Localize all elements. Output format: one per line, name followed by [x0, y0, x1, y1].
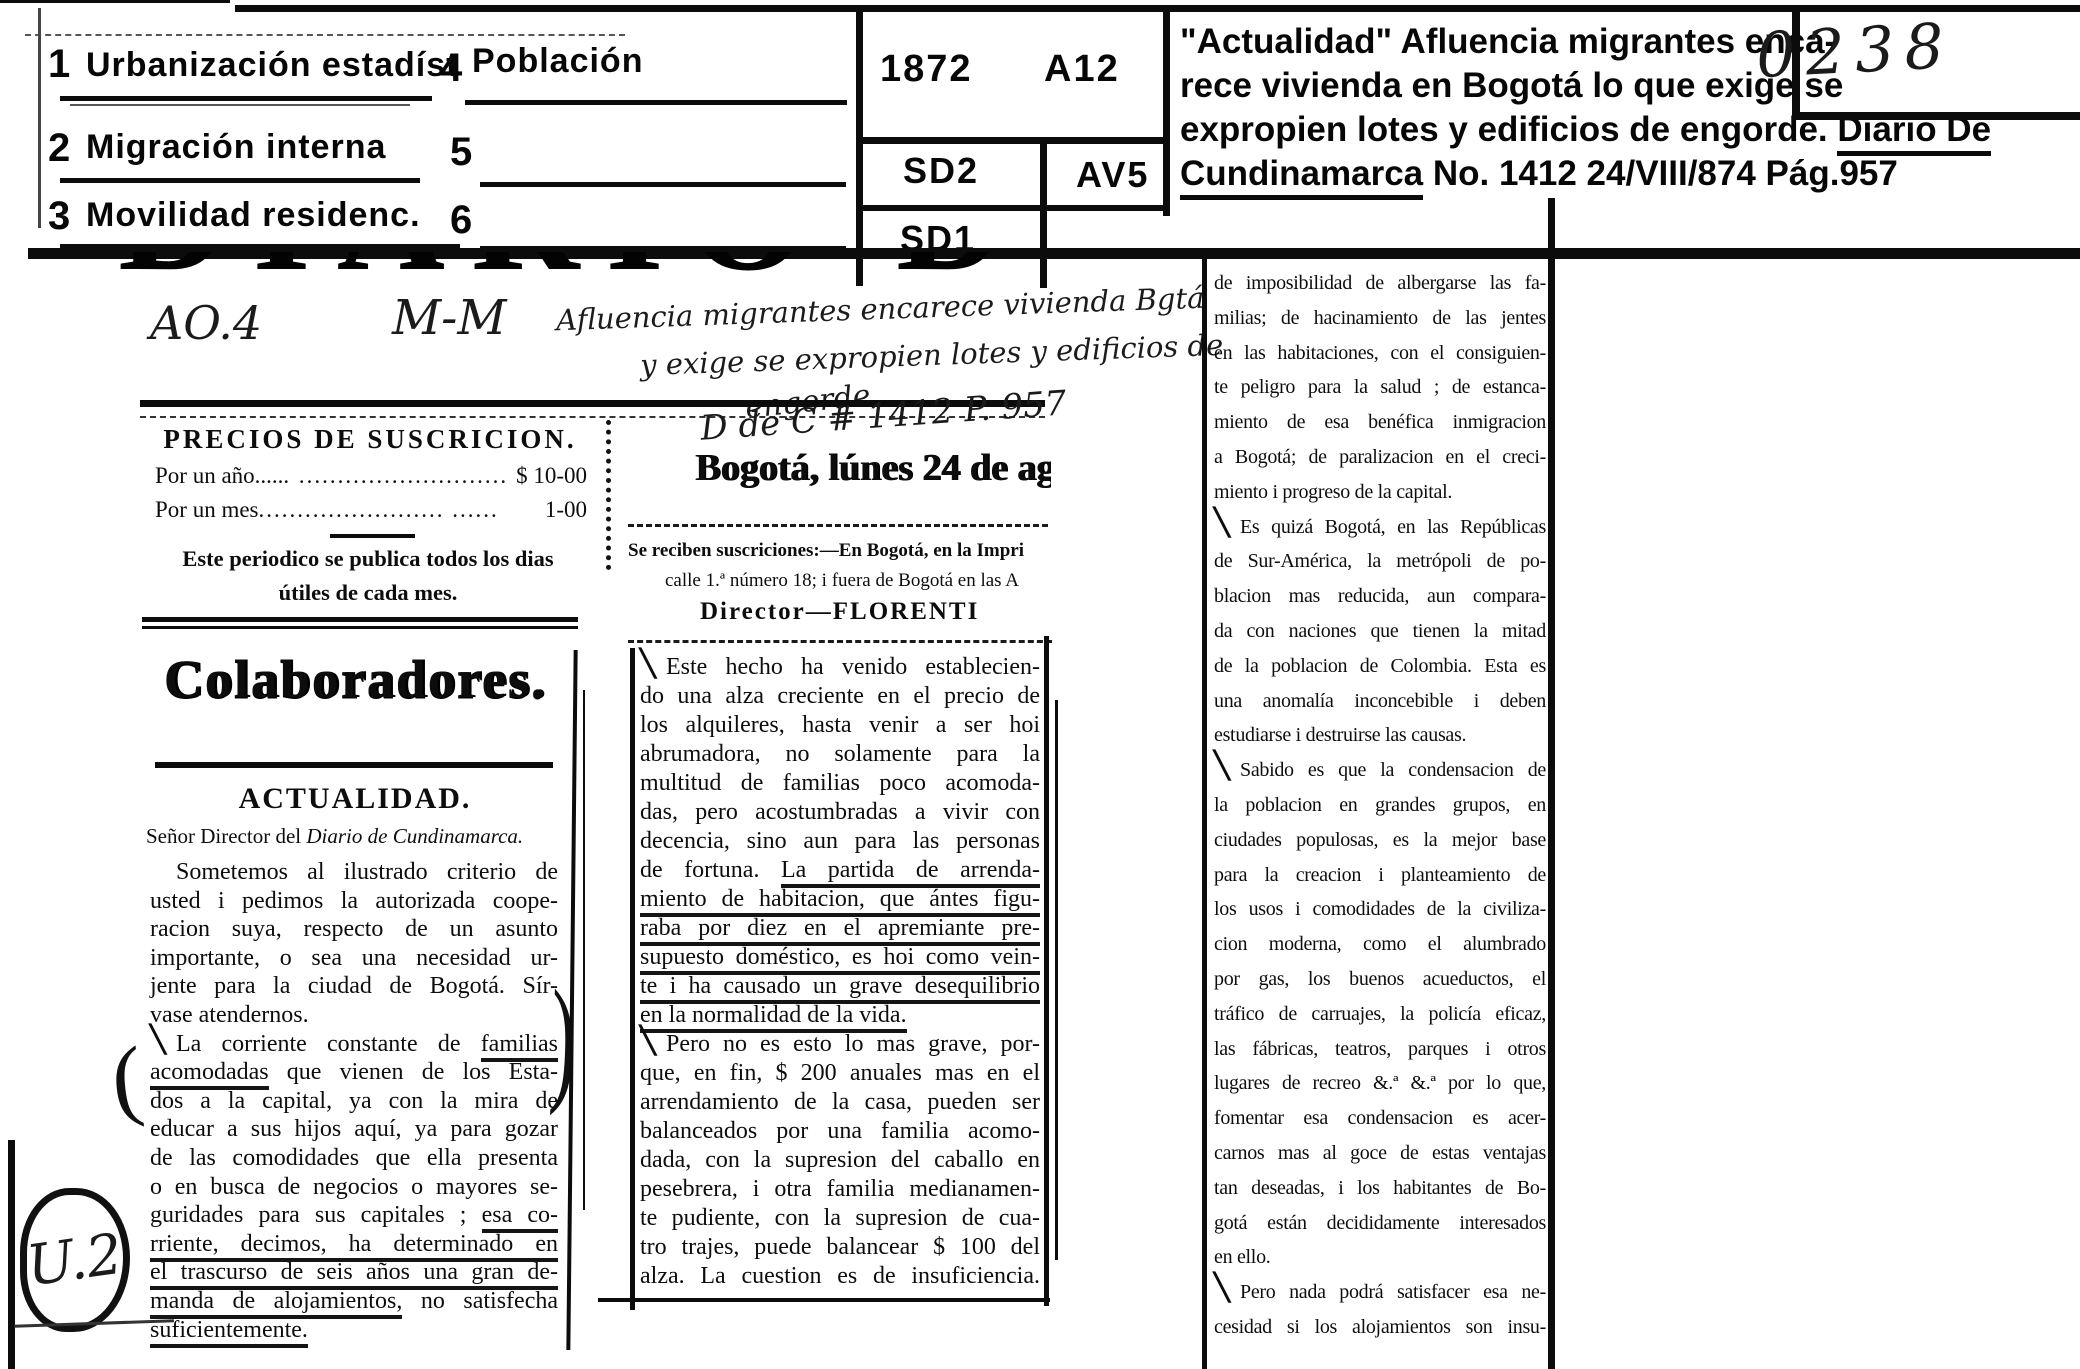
price-dots-year: . ........................... — [283, 463, 516, 489]
text-segment: educar a sus hijos aquí, ya para gozar — [150, 1116, 558, 1142]
corner-box-bottom-border — [1792, 112, 2080, 120]
clipping-bottom-edge — [598, 1298, 1050, 1302]
column-3-right-border — [1548, 198, 1555, 1369]
text-line: ╲Pero nada podrá satisfacer esa ne- — [1214, 1275, 1546, 1310]
text-line: en las habitaciones, con el consiguien- — [1214, 336, 1546, 371]
pen-paragraph-mark: ╲ — [1188, 749, 1229, 784]
text-line: educar a sus hijos aquí, ya para gozar — [150, 1115, 558, 1144]
column-2-left-border — [630, 648, 635, 1310]
column-divider-2-print — [1044, 636, 1049, 1306]
text-segment: los alquileres, hasta venir a ser hoi — [640, 712, 1040, 738]
text-line: los alquileres, hasta venir a ser hoi — [640, 711, 1040, 740]
text-line: arrendamiento de la casa, pueden ser — [640, 1088, 1040, 1117]
text-segment: tráfico de carruajes, la policía eficaz, — [1214, 1003, 1546, 1025]
text-line: decencia, sino aun para las personas — [640, 827, 1040, 856]
subscriptions-line-1: Se reciben suscriciones:—En Bogotá, en l… — [628, 540, 1050, 562]
price-dots-month: ........................ ...... — [259, 497, 545, 523]
text-line: que, en fin, $ 200 anuales mas en el — [640, 1059, 1040, 1088]
text-segment: los usos i comodidades de la civiliza- — [1214, 898, 1546, 920]
text-segment: balanceados por una familia acomo- — [640, 1118, 1040, 1144]
text-line: los usos i comodidades de la civiliza- — [1214, 892, 1546, 927]
text-segment: te peligro para la salud ; de estanca- — [1214, 376, 1546, 398]
scanned-archive-page: 1 Urbanización estadíst 4 Población 2 Mi… — [0, 0, 2080, 1369]
prices-bottom-rule-1 — [142, 617, 578, 622]
code-box-right-border — [1163, 8, 1170, 216]
code-box-row-divider-2 — [856, 205, 1170, 211]
text-segment: que vienen de los Esta- — [269, 1059, 558, 1085]
dateline: Bogotá, lúnes 24 de ago — [695, 446, 1051, 490]
text-segment: miento i progreso de la capital. — [1214, 481, 1452, 503]
form-field-1-label: Urbanización estadíst — [86, 46, 458, 85]
form-field-4-number: 4 — [440, 46, 462, 91]
form-field-1-underline — [60, 96, 432, 101]
text-line: multitud de familias poco acomoda- — [640, 769, 1040, 798]
underlined-text-segment: esa co- — [482, 1202, 558, 1233]
masthead-dotted-divider — [606, 420, 611, 570]
text-segment: jente para la ciudad de Bogotá. Sír- — [150, 973, 558, 999]
salutation-publication: Diario de Cundinamarca. — [306, 824, 523, 848]
text-line: manda de alojamientos, no satisfecha — [150, 1287, 558, 1316]
text-line: pesebrera, i otra familia medianamen- — [640, 1175, 1040, 1204]
masthead-big-letters: DIARIO D — [118, 252, 1058, 294]
pen-paragraph-mark: ╲ — [1188, 506, 1229, 541]
text-line: tro trajes, puede balancear $ 100 del — [640, 1233, 1040, 1262]
text-line: o en busca de negocios o mayores se- — [150, 1173, 558, 1202]
text-line: supuesto doméstico, es hoi como vein- — [640, 943, 1040, 972]
text-segment: da con naciones que tienen la mitad — [1214, 620, 1546, 642]
text-segment: por gas, los buenos acueductos, el — [1214, 968, 1546, 990]
text-segment: cesidad si los alojamientos son insu- — [1214, 1316, 1546, 1338]
underlined-text-segment: La partida de arrenda- — [781, 857, 1040, 888]
code-box-row-divider-1 — [856, 137, 1170, 144]
text-line: rriente, decimos, ha determinado en — [150, 1230, 558, 1259]
underlined-text-segment: familias — [481, 1031, 558, 1062]
text-segment: no satisfecha — [402, 1288, 558, 1314]
text-line: carnos mas al goce de estas ventajas — [1214, 1136, 1546, 1171]
text-line: raba por diez en el apremiante pre- — [640, 914, 1040, 943]
text-line: lugares de recreo &.ª &.ª por lo que, — [1214, 1066, 1546, 1101]
text-segment: vase atendernos. — [150, 1002, 309, 1028]
underlined-text-segment: manda de alojamientos, — [150, 1288, 402, 1319]
text-segment: una anomalía inconcebible i deben — [1214, 690, 1546, 712]
text-segment: estudiarse i destruirse las causas. — [1214, 724, 1466, 746]
text-line: jente para la ciudad de Bogotá. Sír- — [150, 972, 558, 1001]
article-column-3: de imposibilidad de albergarse las fa-mi… — [1214, 266, 1546, 1345]
text-line: la poblacion en grandes grupos, en — [1214, 788, 1546, 823]
text-line: racion suya, respecto de un asunto — [150, 915, 558, 944]
text-segment: de la poblacion de Colombia. Esta es — [1214, 655, 1546, 677]
text-line: cesidad si los alojamientos son insu- — [1214, 1310, 1546, 1345]
text-line: tan deseadas, i los habitantes de Bo- — [1214, 1171, 1546, 1206]
text-line: dos a la capital, ya con la mira de — [150, 1087, 558, 1116]
text-segment: blacion mas reducida, aun compara- — [1214, 585, 1546, 607]
text-line: da con naciones que tienen la mitad — [1214, 614, 1546, 649]
underlined-text-segment: raba por diez en el apremiante pre- — [640, 915, 1040, 946]
text-line: miento de habitacion, que ántes figu- — [640, 885, 1040, 914]
text-segment: expropien lotes y edificios de engorde. — [1180, 110, 1837, 149]
text-segment: cion moderna, como el alumbrado — [1214, 933, 1546, 955]
column-divider-1-print — [583, 690, 585, 1210]
text-line: tráfico de carruajes, la policía eficaz, — [1214, 997, 1546, 1032]
text-line: de fortuna. La partida de arrenda- — [640, 856, 1040, 885]
underlined-text-segment: te i ha causado un grave desequilibrio — [640, 973, 1040, 1004]
text-segment: miento de esa benéfica inmigracion — [1214, 411, 1546, 433]
text-line: estudiarse i destruirse las causas. — [1214, 718, 1546, 753]
text-segment: La corriente constante de — [176, 1031, 481, 1057]
circled-code-text: U.2 — [23, 1221, 127, 1299]
code-box-left-border — [856, 10, 863, 286]
text-segment: que, en fin, $ 200 anuales mas en el — [640, 1060, 1040, 1086]
underlined-text-segment: miento de habitacion, que ántes figu- — [640, 886, 1040, 917]
text-segment: para la creacion i planteamiento de — [1214, 864, 1546, 886]
text-segment: alza. La cuestion es de insuficiencia. — [640, 1263, 1040, 1289]
director-line: Director—FLORENTI — [700, 598, 979, 626]
text-line: balanceados por una familia acomo- — [640, 1117, 1040, 1146]
collaborators-title: Colaboradores. — [150, 648, 560, 710]
text-segment: racion suya, respecto de un asunto — [150, 916, 558, 942]
text-segment: las fábricas, teatros, parques i otros — [1214, 1038, 1546, 1060]
text-line: importante, o sea una necesidad ur- — [150, 944, 558, 973]
text-line: en la normalidad de la vida. — [640, 1001, 1040, 1030]
code-sd2: SD2 — [903, 150, 979, 192]
text-line: para la creacion i planteamiento de — [1214, 858, 1546, 893]
text-segment: Pero no es esto lo mas grave, por- — [666, 1031, 1040, 1057]
code-topic: A12 — [1044, 48, 1120, 91]
underlined-text-segment: acomodadas — [150, 1059, 269, 1090]
text-segment: das, pero acostumbradas a vivir con — [640, 799, 1040, 825]
prices-divider — [330, 534, 415, 538]
article-column-1: Sometemos al ilustrado criterio deusted … — [150, 858, 558, 1344]
pen-bracket-right-mark: ) — [547, 959, 579, 1123]
text-line: dada, con la supresion del caballo en — [640, 1146, 1040, 1175]
form-field-3-number: 3 — [48, 194, 70, 239]
price-value-year: $ 10-00 — [516, 463, 587, 489]
text-segment: Sabido es que la condensacion de — [1240, 759, 1546, 781]
text-line: blacion mas reducida, aun compara- — [1214, 579, 1546, 614]
page-top-edge-left — [0, 0, 230, 3]
text-segment: de fortuna. — [640, 857, 781, 883]
text-segment: multitud de familias poco acomoda- — [640, 770, 1040, 796]
price-row-year: Por un año..... . ......................… — [155, 463, 587, 489]
text-segment: de las comodidades que ella presenta — [150, 1145, 558, 1171]
prices-bottom-rule-2 — [142, 626, 578, 629]
text-line: a Bogotá; de paralizacion en el creci- — [1214, 440, 1546, 475]
text-segment: tan deseadas, i los habitantes de Bo- — [1214, 1177, 1546, 1199]
text-segment: la poblacion en grandes grupos, en — [1214, 794, 1546, 816]
prices-title: PRECIOS DE SUSCRICION. — [150, 424, 590, 455]
article-column-2: ╲Este hecho ha venido establecien-do una… — [640, 653, 1040, 1291]
form-field-2-label: Migración interna — [86, 128, 386, 167]
text-line: milias; de hacinamiento de las jentes — [1214, 301, 1546, 336]
text-line: cion moderna, como el alumbrado — [1214, 927, 1546, 962]
form-field-1-underline-echo — [70, 104, 410, 106]
text-segment: ciudades populosas, es la mejor base — [1214, 829, 1546, 851]
section-title: ACTUALIDAD. — [150, 782, 560, 816]
text-line: miento de esa benéfica inmigracion — [1214, 405, 1546, 440]
text-segment: Pero nada podrá satisfacer esa ne- — [1240, 1281, 1546, 1303]
form-field-2-number: 2 — [48, 126, 70, 171]
text-line: vase atendernos. — [150, 1001, 558, 1030]
underlined-text-segment: Cundinamarca — [1180, 154, 1423, 200]
text-line: Sometemos al ilustrado criterio de — [150, 858, 558, 887]
corner-handwritten-number: 0238 — [1754, 9, 1955, 92]
text-segment: en ello. — [1214, 1246, 1270, 1268]
price-value-month: 1-00 — [545, 497, 587, 523]
text-segment: lugares de recreo &.ª &.ª por lo que, — [1214, 1072, 1546, 1094]
text-segment: Este hecho ha venido establecien- — [666, 654, 1040, 680]
form-field-3-label: Movilidad residenc. — [86, 196, 421, 235]
salutation-prefix: Señor Director del — [146, 824, 306, 848]
text-line: ╲La corriente constante de familias — [150, 1030, 558, 1059]
text-line: una anomalía inconcebible i deben — [1214, 684, 1546, 719]
text-segment: tro trajes, puede balancear $ 100 del — [640, 1234, 1040, 1260]
price-label-year: Por un año..... — [155, 463, 283, 489]
text-segment: de imposibilidad de albergarse las fa- — [1214, 272, 1546, 294]
code-year: 1872 — [880, 48, 973, 91]
text-segment: guridades para sus capitales ; — [150, 1202, 482, 1228]
text-line: do una alza creciente en el precio de — [640, 682, 1040, 711]
text-line: ╲Pero no es esto lo mas grave, por- — [640, 1030, 1040, 1059]
masthead-dash-rule-1 — [628, 524, 1048, 527]
text-line: ╲Sabido es que la condensacion de — [1214, 753, 1546, 788]
form-field-4-line — [465, 100, 847, 105]
publish-note-line-2: útiles de cada mes. — [148, 580, 588, 606]
text-segment: usted i pedimos la autorizada coope- — [150, 888, 558, 914]
subscriptions-line-2: calle 1.ª número 18; i fuera de Bogotá e… — [665, 570, 1051, 592]
underlined-text-segment: el trascurso de seis años una gran de- — [150, 1259, 558, 1290]
form-field-5-number: 5 — [450, 130, 472, 175]
handwritten-script-line-2: y exige se expropien lotes y edificios d… — [640, 328, 1224, 382]
text-segment: rece vivienda en Bogotá lo que exige se — [1180, 66, 1843, 105]
text-line: miento i progreso de la capital. — [1214, 475, 1546, 510]
text-segment: abrumadora, no solamente para la — [640, 741, 1040, 767]
text-segment: "Actualidad" Afluencia migrantes enca- — [1180, 22, 1836, 61]
underlined-text-segment: en la normalidad de la vida. — [640, 1002, 907, 1033]
collaborators-rule — [155, 762, 553, 768]
form-field-4-label: Población — [472, 42, 643, 81]
text-segment: te pudiente, con la supresion de cua- — [640, 1205, 1040, 1231]
left-margin-line — [38, 8, 41, 228]
text-line: te i ha causado un grave desequilibrio — [640, 972, 1040, 1001]
handwritten-code-left: AO.4 — [150, 296, 262, 350]
text-segment: milias; de hacinamiento de las jentes — [1214, 307, 1546, 329]
text-line: te pudiente, con la supresion de cua- — [640, 1204, 1040, 1233]
text-line: de las comodidades que ella presenta — [150, 1144, 558, 1173]
form-field-6-number: 6 — [450, 198, 472, 243]
text-line: ciudades populosas, es la mejor base — [1214, 823, 1546, 858]
text-segment: de Sur-América, la metrópoli de po- — [1214, 550, 1546, 572]
text-line: abrumadora, no solamente para la — [640, 740, 1040, 769]
underlined-text-segment: supuesto doméstico, es hoi como vein- — [640, 944, 1040, 975]
text-segment: carnos mas al goce de estas ventajas — [1214, 1142, 1546, 1164]
text-segment: fomentar esa condensacion es acer- — [1214, 1107, 1546, 1129]
text-segment: pesebrera, i otra familia medianamen- — [640, 1176, 1040, 1202]
masthead-dash-rule-2 — [628, 640, 1052, 643]
code-av5: AV5 — [1076, 154, 1149, 196]
text-segment: decencia, sino aun para las personas — [640, 828, 1040, 854]
text-line: alza. La cuestion es de insuficiencia. — [640, 1262, 1040, 1291]
text-line: fomentar esa condensacion es acer- — [1214, 1101, 1546, 1136]
text-segment: en las habitaciones, con el consiguien- — [1214, 342, 1546, 364]
text-line: de imposibilidad de albergarse las fa- — [1214, 266, 1546, 301]
torn-edge-dashes — [25, 34, 625, 36]
text-line: acomodadas que vienen de los Esta- — [150, 1058, 558, 1087]
form-field-2-underline — [60, 178, 420, 183]
text-line: das, pero acostumbradas a vivir con — [640, 798, 1040, 827]
text-segment: importante, o sea una necesidad ur- — [150, 945, 558, 971]
text-segment: Sometemos al ilustrado criterio de — [176, 859, 558, 885]
price-row-month: Por un mes ........................ ....… — [155, 497, 587, 523]
text-line: gotá están decididamente interesados — [1214, 1206, 1546, 1241]
text-line: ╲Es quizá Bogotá, en las Repúblicas — [1214, 510, 1546, 545]
text-line: las fábricas, teatros, parques i otros — [1214, 1032, 1546, 1067]
text-line: de la poblacion de Colombia. Esta es — [1214, 649, 1546, 684]
text-line: en ello. — [1214, 1240, 1546, 1275]
page-top-edge — [235, 5, 2080, 12]
pen-paragraph-mark: ╲ — [1188, 1271, 1229, 1306]
form-field-1-number: 1 — [48, 42, 70, 87]
left-edge-bar — [8, 1140, 15, 1369]
form-field-5-line — [480, 182, 846, 187]
text-line: usted i pedimos la autorizada coope- — [150, 887, 558, 916]
text-line: suficientemente. — [150, 1316, 558, 1345]
text-line: Cundinamarca No. 1412 24/VIII/874 Pág.95… — [1180, 152, 2080, 196]
publish-note-line-1: Este periodico se publica todos los dias — [148, 546, 588, 572]
text-segment: a Bogotá; de paralizacion en el creci- — [1214, 446, 1546, 468]
text-segment: arrendamiento de la casa, pueden ser — [640, 1089, 1040, 1115]
text-segment: No. 1412 24/VIII/874 Pág.957 — [1423, 154, 1898, 193]
text-line: ╲Este hecho ha venido establecien- — [640, 653, 1040, 682]
text-segment: o en busca de negocios o mayores se- — [150, 1174, 558, 1200]
underlined-text-segment: rriente, decimos, ha determinado en — [150, 1231, 558, 1262]
column-divider-2-pen — [1055, 700, 1058, 1260]
text-segment: dos a la capital, ya con la mira de — [150, 1088, 558, 1114]
text-line: el trascurso de seis años una gran de- — [150, 1258, 558, 1287]
text-line: de Sur-América, la metrópoli de po- — [1214, 544, 1546, 579]
column-3-left-border — [1202, 252, 1207, 1369]
price-label-month: Por un mes — [155, 497, 259, 523]
text-segment: Es quizá Bogotá, en las Repúblicas — [1240, 516, 1546, 538]
text-line: te peligro para la salud ; de estanca- — [1214, 370, 1546, 405]
text-line: guridades para sus capitales ; esa co- — [150, 1201, 558, 1230]
text-segment: gotá están decididamente interesados — [1214, 1212, 1546, 1234]
text-segment: do una alza creciente en el precio de — [640, 683, 1040, 709]
circled-code-outline: U.2 — [20, 1188, 130, 1332]
text-segment: dada, con la supresion del caballo en — [640, 1147, 1040, 1173]
handwritten-code-mid: M-M — [392, 290, 507, 346]
text-line: por gas, los buenos acueductos, el — [1214, 962, 1546, 997]
salutation-line: Señor Director del Diario de Cundinamarc… — [146, 824, 523, 849]
